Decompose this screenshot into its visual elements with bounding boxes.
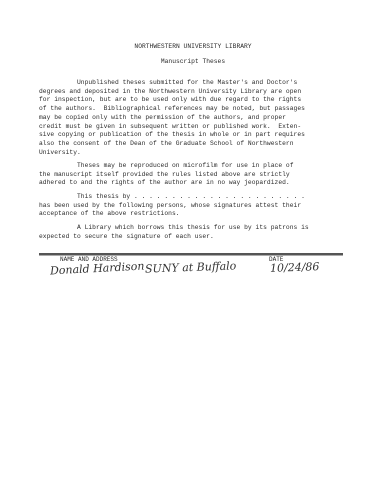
text-line: degrees and deposited in the Northwester… [39,88,301,97]
signature-address: SUNY at Buffalo [145,259,237,275]
text-line: acceptance of the above restrictions. [39,210,180,219]
text-line: credit must be given in subsequent writt… [39,123,301,132]
text-line: of the authors. Bibliographical referenc… [39,105,305,114]
document-subtitle: Manuscript Theses [0,58,386,65]
text-line: University. [39,149,81,158]
text-line: has been used by the following persons, … [39,202,301,211]
text-line: Unpublished theses submitted for the Mas… [39,79,297,88]
text-line: expected to secure the signature of each… [39,233,214,242]
text-line: This thesis by . . . . . . . . . . . . .… [39,193,305,202]
text-line: also the consent of the Dean of the Grad… [39,140,294,149]
text-line: sive copying or publication of the thesi… [39,131,305,140]
text-line: adhered to and the rights of the author … [39,179,290,188]
text-line: for inspection, but are to be used only … [39,96,301,105]
text-line: the manuscript itself provided the rules… [39,171,290,180]
institution-heading: NORTHWESTERN UNIVERSITY LIBRARY [0,43,386,50]
text-line: may be copied only with the permission o… [39,114,286,123]
text-line: A Library which borrows this thesis for … [39,224,309,233]
document-page: NORTHWESTERN UNIVERSITY LIBRARY Manuscri… [0,0,386,500]
signature-date: 10/24/86 [270,260,320,275]
text-line: Theses may be reproduced on microfilm fo… [39,162,294,171]
